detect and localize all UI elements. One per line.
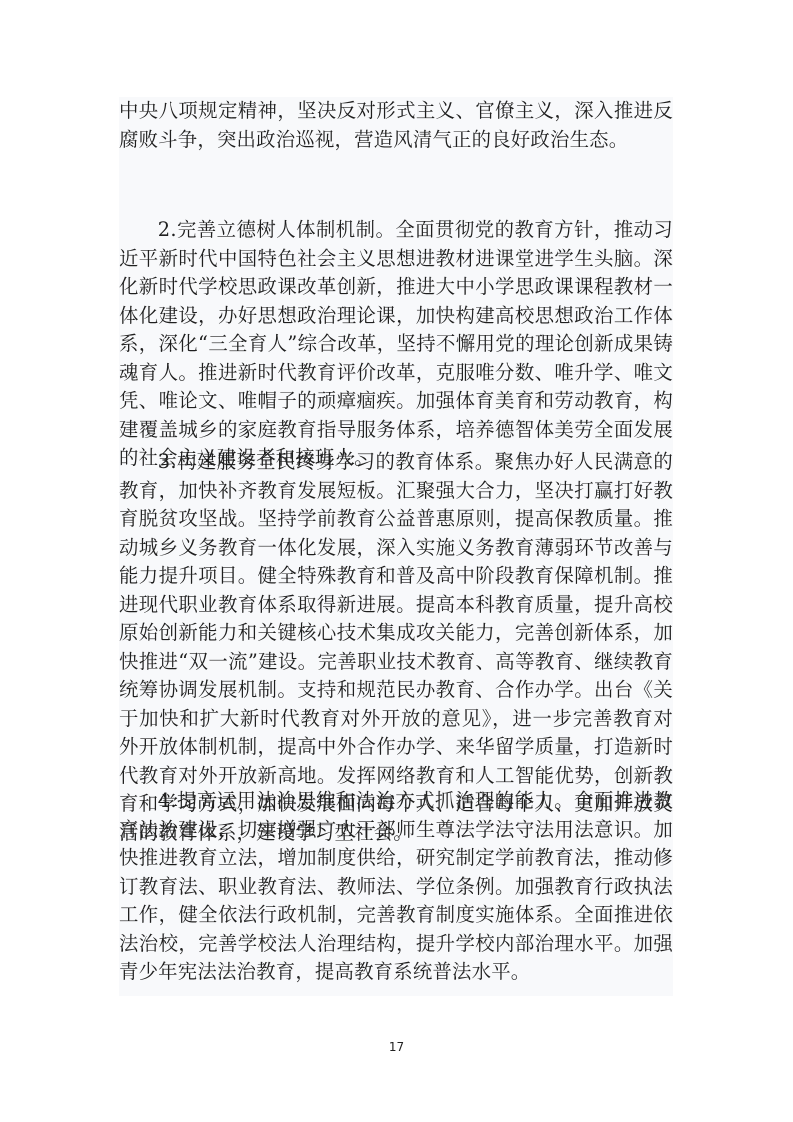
document-page: 中央八项规定精神，坚决反对形式主义、官僚主义，深入推进反腐败斗争，突出政治巡视，… <box>0 0 793 1122</box>
paragraph-moral-education-mechanism: 2.完善立德树人体制机制。全面贯彻党的教育方针，推动习近平新时代中国特色社会主义… <box>119 216 673 473</box>
paragraph-party-conduct-continuation: 中央八项规定精神，坚决反对形式主义、官僚主义，深入推进反腐败斗争，突出政治巡视，… <box>119 97 673 154</box>
page-number: 17 <box>0 1040 793 1054</box>
body-text-block: 中央八项规定精神，坚决反对形式主义、官僚主义，深入推进反腐败斗争，突出政治巡视，… <box>119 97 673 996</box>
paragraph-rule-of-law-governance: 4.提高运用法治思维和法治方式抓治理的能力。全面推进教育法治建设，切实增强广大干… <box>119 787 673 987</box>
